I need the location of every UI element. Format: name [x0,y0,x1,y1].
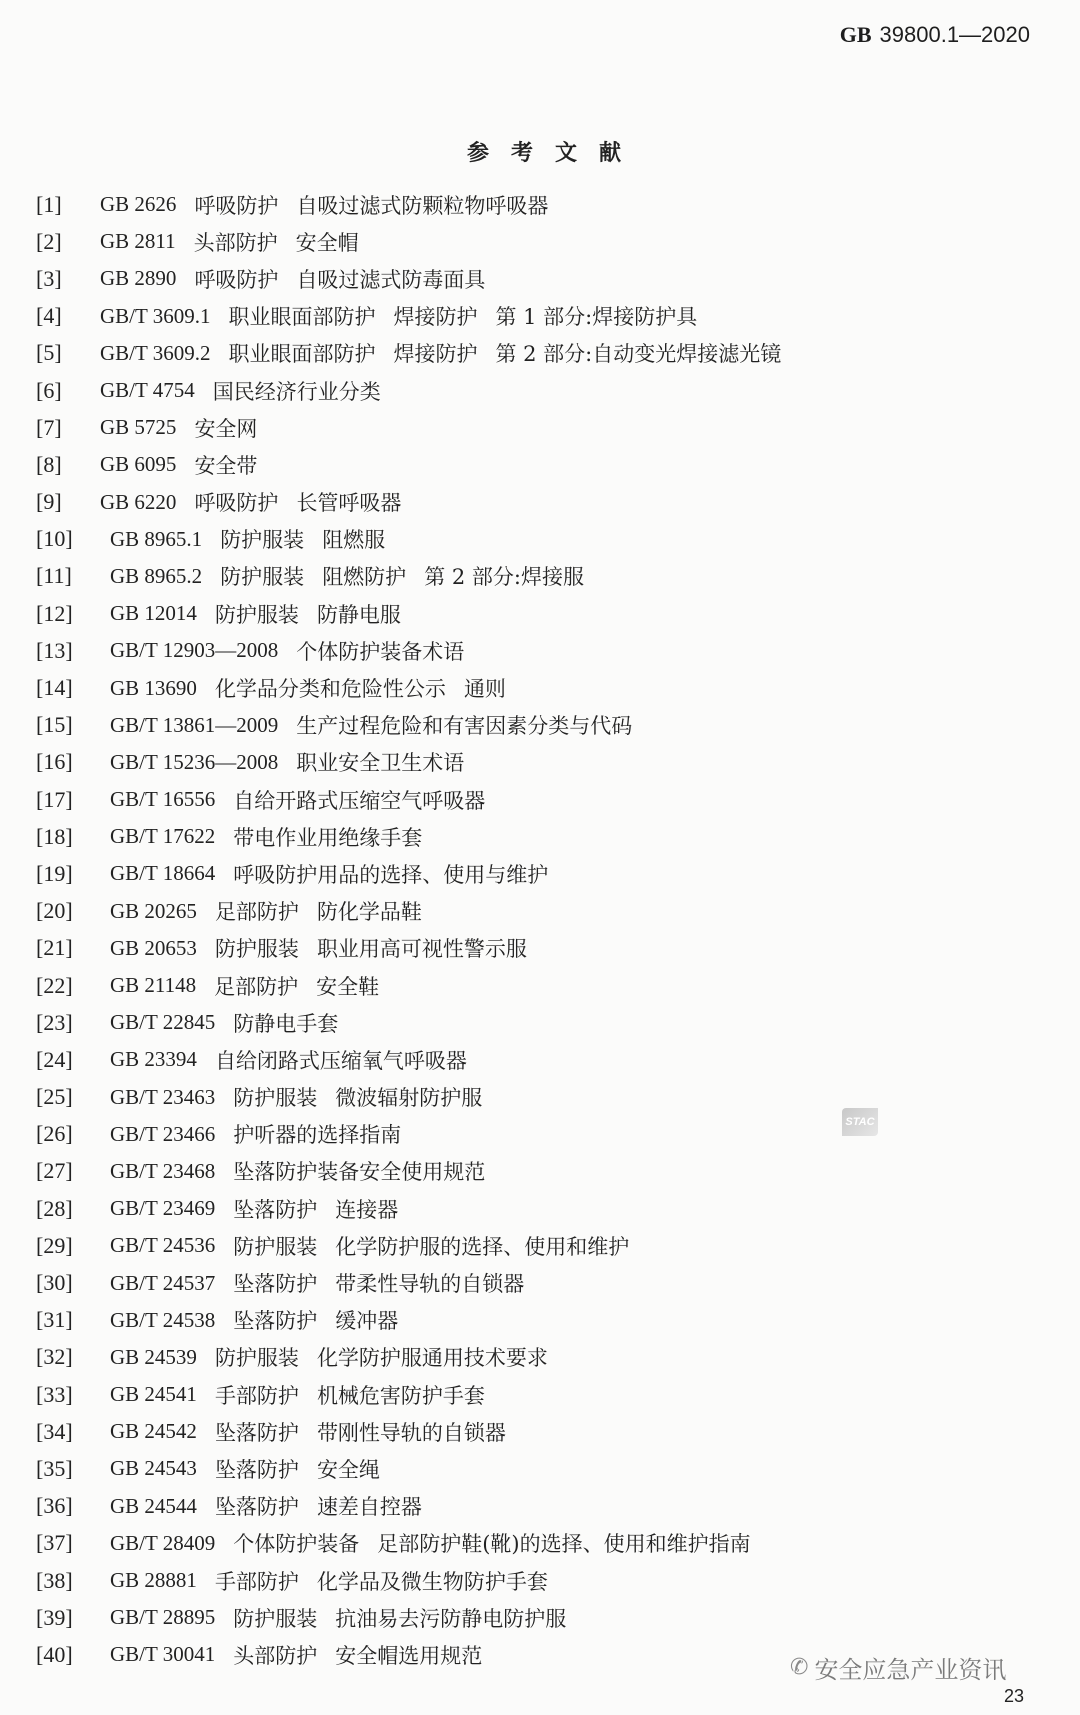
reference-number: [14] [36,675,110,701]
reference-item: [27]GB/T 23468坠落防护装备安全使用规范 [36,1153,799,1190]
standard-code: GB 28881 [110,1568,197,1593]
reference-number: [7] [36,415,100,441]
standard-code: GB39800.1—2020 [840,22,1030,48]
reference-title-part: 安全网 [194,413,257,443]
reference-number: [39] [36,1605,110,1631]
reference-title-part: 防静电手套 [233,1008,338,1038]
reference-number: [25] [36,1084,110,1110]
standard-code: GB/T 3609.1 [100,304,210,329]
reference-number: [22] [36,973,110,999]
reference-title-part: 生产过程危险和有害因素分类与代码 [296,710,632,740]
reference-title-part: 呼吸防护 [194,190,278,220]
reference-item: [17]GB/T 16556自给开路式压缩空气呼吸器 [36,781,799,818]
reference-number: [32] [36,1344,110,1370]
page-title: 参考文献 [0,136,1080,167]
reference-number: [29] [36,1233,110,1259]
reference-number: [1] [36,192,100,218]
reference-title-part: 安全绳 [317,1454,380,1484]
reference-title-part: 第 2 部分:自动变光焊接滤光镜 [495,338,781,368]
reference-title-part: 足部防护 [214,971,298,1001]
reference-item: [40]GB/T 30041头部防护安全帽选用规范 [36,1636,799,1673]
reference-item: [23]GB/T 22845防静电手套 [36,1004,799,1041]
reference-title-part: 防护服装 [215,599,299,629]
reference-number: [18] [36,824,110,850]
standard-code: GB 8965.2 [110,564,202,589]
reference-title-part: 护听器的选择指南 [233,1119,401,1149]
reference-item: [4]GB/T 3609.1职业眼面部防护焊接防护第 1 部分:焊接防护具 [36,298,799,335]
standard-code: GB 5725 [100,415,176,440]
standard-code: GB/T 22845 [110,1010,215,1035]
reference-title-part: 抗油易去污防静电防护服 [335,1603,566,1633]
standard-code: GB 20265 [110,899,197,924]
standard-code: GB/T 24536 [110,1233,215,1258]
reference-title-part: 足部防护鞋(靴)的选择、使用和维护指南 [377,1528,750,1558]
reference-number: [10] [36,526,110,552]
reference-item: [19]GB/T 18664呼吸防护用品的选择、使用与维护 [36,855,799,892]
reference-item: [33]GB 24541手部防护机械危害防护手套 [36,1376,799,1413]
reference-title-part: 连接器 [335,1194,398,1224]
reference-item: [8]GB 6095安全带 [36,446,799,483]
reference-number: [38] [36,1568,110,1594]
reference-title-part: 职业眼面部防护 [228,338,375,368]
reference-title-part: 手部防护 [215,1380,299,1410]
stac-logo: STAC [842,1108,878,1136]
reference-item: [26]GB/T 23466护听器的选择指南 [36,1116,799,1153]
reference-title-part: 防护服装 [233,1082,317,1112]
reference-item: [24]GB 23394自给闭路式压缩氧气呼吸器 [36,1041,799,1078]
reference-item: [13]GB/T 12903—2008个体防护装备术语 [36,632,799,669]
reference-item: [3]GB 2890呼吸防护自吸过滤式防毒面具 [36,260,799,297]
reference-title-part: 头部防护 [233,1640,317,1670]
reference-number: [12] [36,601,110,627]
reference-title-part: 坠落防护 [233,1305,317,1335]
reference-title-part: 坠落防护 [215,1417,299,1447]
reference-title-part: 自给开路式压缩空气呼吸器 [233,785,485,815]
reference-number: [31] [36,1307,110,1333]
reference-title-part: 防化学品鞋 [317,896,422,926]
reference-number: [16] [36,749,110,775]
reference-item: [5]GB/T 3609.2职业眼面部防护焊接防护第 2 部分:自动变光焊接滤光… [36,335,799,372]
reference-title-part: 职业眼面部防护 [228,301,375,331]
standard-code: GB 2626 [100,192,176,217]
reference-number: [26] [36,1121,110,1147]
reference-title-part: 防护服装 [215,933,299,963]
reference-number: [34] [36,1419,110,1445]
reference-title-part: 通则 [464,673,506,703]
standard-code: GB/T 23468 [110,1159,215,1184]
reference-title-part: 头部防护 [194,227,278,257]
reference-title-part: 速差自控器 [317,1491,422,1521]
reference-item: [20]GB 20265足部防护防化学品鞋 [36,893,799,930]
reference-title-part: 坠落防护 [233,1194,317,1224]
reference-item: [29]GB/T 24536防护服装化学防护服的选择、使用和维护 [36,1227,799,1264]
standard-code: GB/T 24538 [110,1308,215,1333]
reference-item: [21]GB 20653防护服装职业用高可视性警示服 [36,930,799,967]
reference-title-part: 带柔性导轨的自锁器 [335,1268,524,1298]
reference-title-part: 国民经济行业分类 [213,376,381,406]
reference-number: [20] [36,898,110,924]
reference-number: [15] [36,712,110,738]
reference-title-part: 焊接防护 [393,338,477,368]
standard-code: GB/T 4754 [100,378,195,403]
reference-item: [31]GB/T 24538坠落防护缓冲器 [36,1302,799,1339]
standard-code: GB 8965.1 [110,527,202,552]
standard-code: GB/T 16556 [110,787,215,812]
reference-number: [37] [36,1530,110,1556]
standard-code: GB/T 13861—2009 [110,713,278,738]
standard-code: GB/T 12903—2008 [110,638,278,663]
reference-title-part: 坠落防护 [215,1454,299,1484]
standard-code: GB 2890 [100,266,176,291]
reference-title-part: 长管呼吸器 [296,487,401,517]
reference-number: [6] [36,378,100,404]
page-number: 23 [1004,1686,1024,1707]
reference-item: [32]GB 24539防护服装化学防护服通用技术要求 [36,1339,799,1376]
reference-title-part: 焊接防护 [393,301,477,331]
standard-code: GB/T 30041 [110,1642,215,1667]
standard-code: GB 24543 [110,1456,197,1481]
reference-item: [28]GB/T 23469坠落防护连接器 [36,1190,799,1227]
reference-number: [2] [36,229,100,255]
reference-number: [28] [36,1196,110,1222]
standard-code: GB/T 15236—2008 [110,750,278,775]
reference-item: [38]GB 28881手部防护化学品及微生物防护手套 [36,1562,799,1599]
reference-item: [30]GB/T 24537坠落防护带柔性导轨的自锁器 [36,1264,799,1301]
reference-title-part: 安全带 [194,450,257,480]
reference-item: [7]GB 5725安全网 [36,409,799,446]
reference-item: [6]GB/T 4754国民经济行业分类 [36,372,799,409]
reference-title-part: 第 1 部分:焊接防护具 [495,301,697,331]
reference-title-part: 安全帽选用规范 [335,1640,482,1670]
reference-item: [34]GB 24542坠落防护带刚性导轨的自锁器 [36,1413,799,1450]
reference-title-part: 阻燃防护 [322,561,406,591]
reference-title-part: 坠落防护 [233,1268,317,1298]
reference-number: [23] [36,1010,110,1036]
reference-item: [2]GB 2811头部防护安全帽 [36,223,799,260]
standard-code: GB/T 17622 [110,824,215,849]
standard-code: GB/T 23469 [110,1196,215,1221]
reference-title-part: 防护服装 [220,524,304,554]
reference-number: [35] [36,1456,110,1482]
standard-code: GB/T 18664 [110,861,215,886]
reference-item: [12]GB 12014防护服装防静电服 [36,595,799,632]
watermark: ✆ 安全应急产业资讯 [790,1650,1006,1685]
standard-code: GB/T 28895 [110,1605,215,1630]
reference-title-part: 防护服装 [220,561,304,591]
reference-item: [16]GB/T 15236—2008职业安全卫生术语 [36,744,799,781]
reference-item: [1]GB 2626呼吸防护自吸过滤式防颗粒物呼吸器 [36,186,799,223]
reference-item: [9]GB 6220呼吸防护长管呼吸器 [36,484,799,521]
reference-number: [24] [36,1047,110,1073]
reference-title-part: 呼吸防护 [194,487,278,517]
standard-code: GB/T 24537 [110,1271,215,1296]
reference-title-part: 机械危害防护手套 [317,1380,485,1410]
reference-number: [4] [36,303,100,329]
reference-number: [9] [36,489,100,515]
standard-code: GB 24544 [110,1494,197,1519]
standard-code: GB 13690 [110,676,197,701]
standard-code: GB 12014 [110,601,197,626]
reference-title-part: 微波辐射防护服 [335,1082,482,1112]
reference-number: [3] [36,266,100,292]
standard-code: GB/T 23466 [110,1122,215,1147]
reference-item: [10]GB 8965.1防护服装阻燃服 [36,521,799,558]
reference-item: [15]GB/T 13861—2009生产过程危险和有害因素分类与代码 [36,707,799,744]
reference-item: [18]GB/T 17622带电作业用绝缘手套 [36,818,799,855]
reference-item: [11]GB 8965.2防护服装阻燃防护第 2 部分:焊接服 [36,558,799,595]
reference-title-part: 个体防护装备 [233,1528,359,1558]
standard-code: GB 24541 [110,1382,197,1407]
reference-title-part: 安全帽 [296,227,359,257]
standard-code: GB/T 23463 [110,1085,215,1110]
reference-title-part: 第 2 部分:焊接服 [424,561,584,591]
reference-title-part: 带电作业用绝缘手套 [233,822,422,852]
reference-title-part: 安全鞋 [316,971,379,1001]
reference-item: [37]GB/T 28409个体防护装备足部防护鞋(靴)的选择、使用和维护指南 [36,1525,799,1562]
reference-title-part: 缓冲器 [335,1305,398,1335]
reference-title-part: 呼吸防护 [194,264,278,294]
reference-list: [1]GB 2626呼吸防护自吸过滤式防颗粒物呼吸器[2]GB 2811头部防护… [36,186,799,1674]
reference-title-part: 化学品及微生物防护手套 [317,1566,548,1596]
reference-number: [21] [36,935,110,961]
standard-code: GB 6220 [100,490,176,515]
standard-code: GB 6095 [100,452,176,477]
reference-title-part: 自吸过滤式防颗粒物呼吸器 [296,190,548,220]
reference-title-part: 坠落防护 [215,1491,299,1521]
reference-number: [33] [36,1382,110,1408]
reference-title-part: 化学防护服的选择、使用和维护 [335,1231,629,1261]
reference-number: [8] [36,452,100,478]
reference-title-part: 防护服装 [215,1342,299,1372]
standard-code: GB 23394 [110,1047,197,1072]
reference-title-part: 带刚性导轨的自锁器 [317,1417,506,1447]
reference-item: [39]GB/T 28895防护服装抗油易去污防静电防护服 [36,1599,799,1636]
reference-item: [22]GB 21148足部防护安全鞋 [36,967,799,1004]
reference-number: [30] [36,1270,110,1296]
standard-code: GB/T 28409 [110,1531,215,1556]
reference-item: [35]GB 24543坠落防护安全绳 [36,1450,799,1487]
reference-title-part: 呼吸防护用品的选择、使用与维护 [233,859,548,889]
reference-title-part: 防静电服 [317,599,401,629]
reference-title-part: 化学品分类和危险性公示 [215,673,446,703]
wechat-icon: ✆ [790,1655,808,1680]
standard-code: GB 24542 [110,1419,197,1444]
reference-title-part: 个体防护装备术语 [296,636,464,666]
reference-title-part: 阻燃服 [322,524,385,554]
standard-code: GB 24539 [110,1345,197,1370]
reference-title-part: 职业用高可视性警示服 [317,933,527,963]
reference-item: [25]GB/T 23463防护服装微波辐射防护服 [36,1079,799,1116]
reference-item: [14]GB 13690化学品分类和危险性公示通则 [36,669,799,706]
reference-number: [19] [36,861,110,887]
reference-title-part: 自给闭路式压缩氧气呼吸器 [215,1045,467,1075]
reference-title-part: 足部防护 [215,896,299,926]
reference-title-part: 化学防护服通用技术要求 [317,1342,548,1372]
reference-title-part: 手部防护 [215,1566,299,1596]
reference-title-part: 自吸过滤式防毒面具 [296,264,485,294]
reference-title-part: 职业安全卫生术语 [296,747,464,777]
reference-title-part: 防护服装 [233,1603,317,1633]
standard-code: GB 20653 [110,936,197,961]
reference-item: [36]GB 24544坠落防护速差自控器 [36,1488,799,1525]
reference-title-part: 防护服装 [233,1231,317,1261]
reference-number: [40] [36,1642,110,1668]
reference-number: [36] [36,1493,110,1519]
reference-number: [13] [36,638,110,664]
reference-number: [17] [36,787,110,813]
reference-number: [11] [36,563,110,589]
reference-number: [5] [36,340,100,366]
reference-number: [27] [36,1158,110,1184]
standard-code: GB/T 3609.2 [100,341,210,366]
reference-title-part: 坠落防护装备安全使用规范 [233,1156,485,1186]
standard-code: GB 21148 [110,973,196,998]
standard-code: GB 2811 [100,229,176,254]
